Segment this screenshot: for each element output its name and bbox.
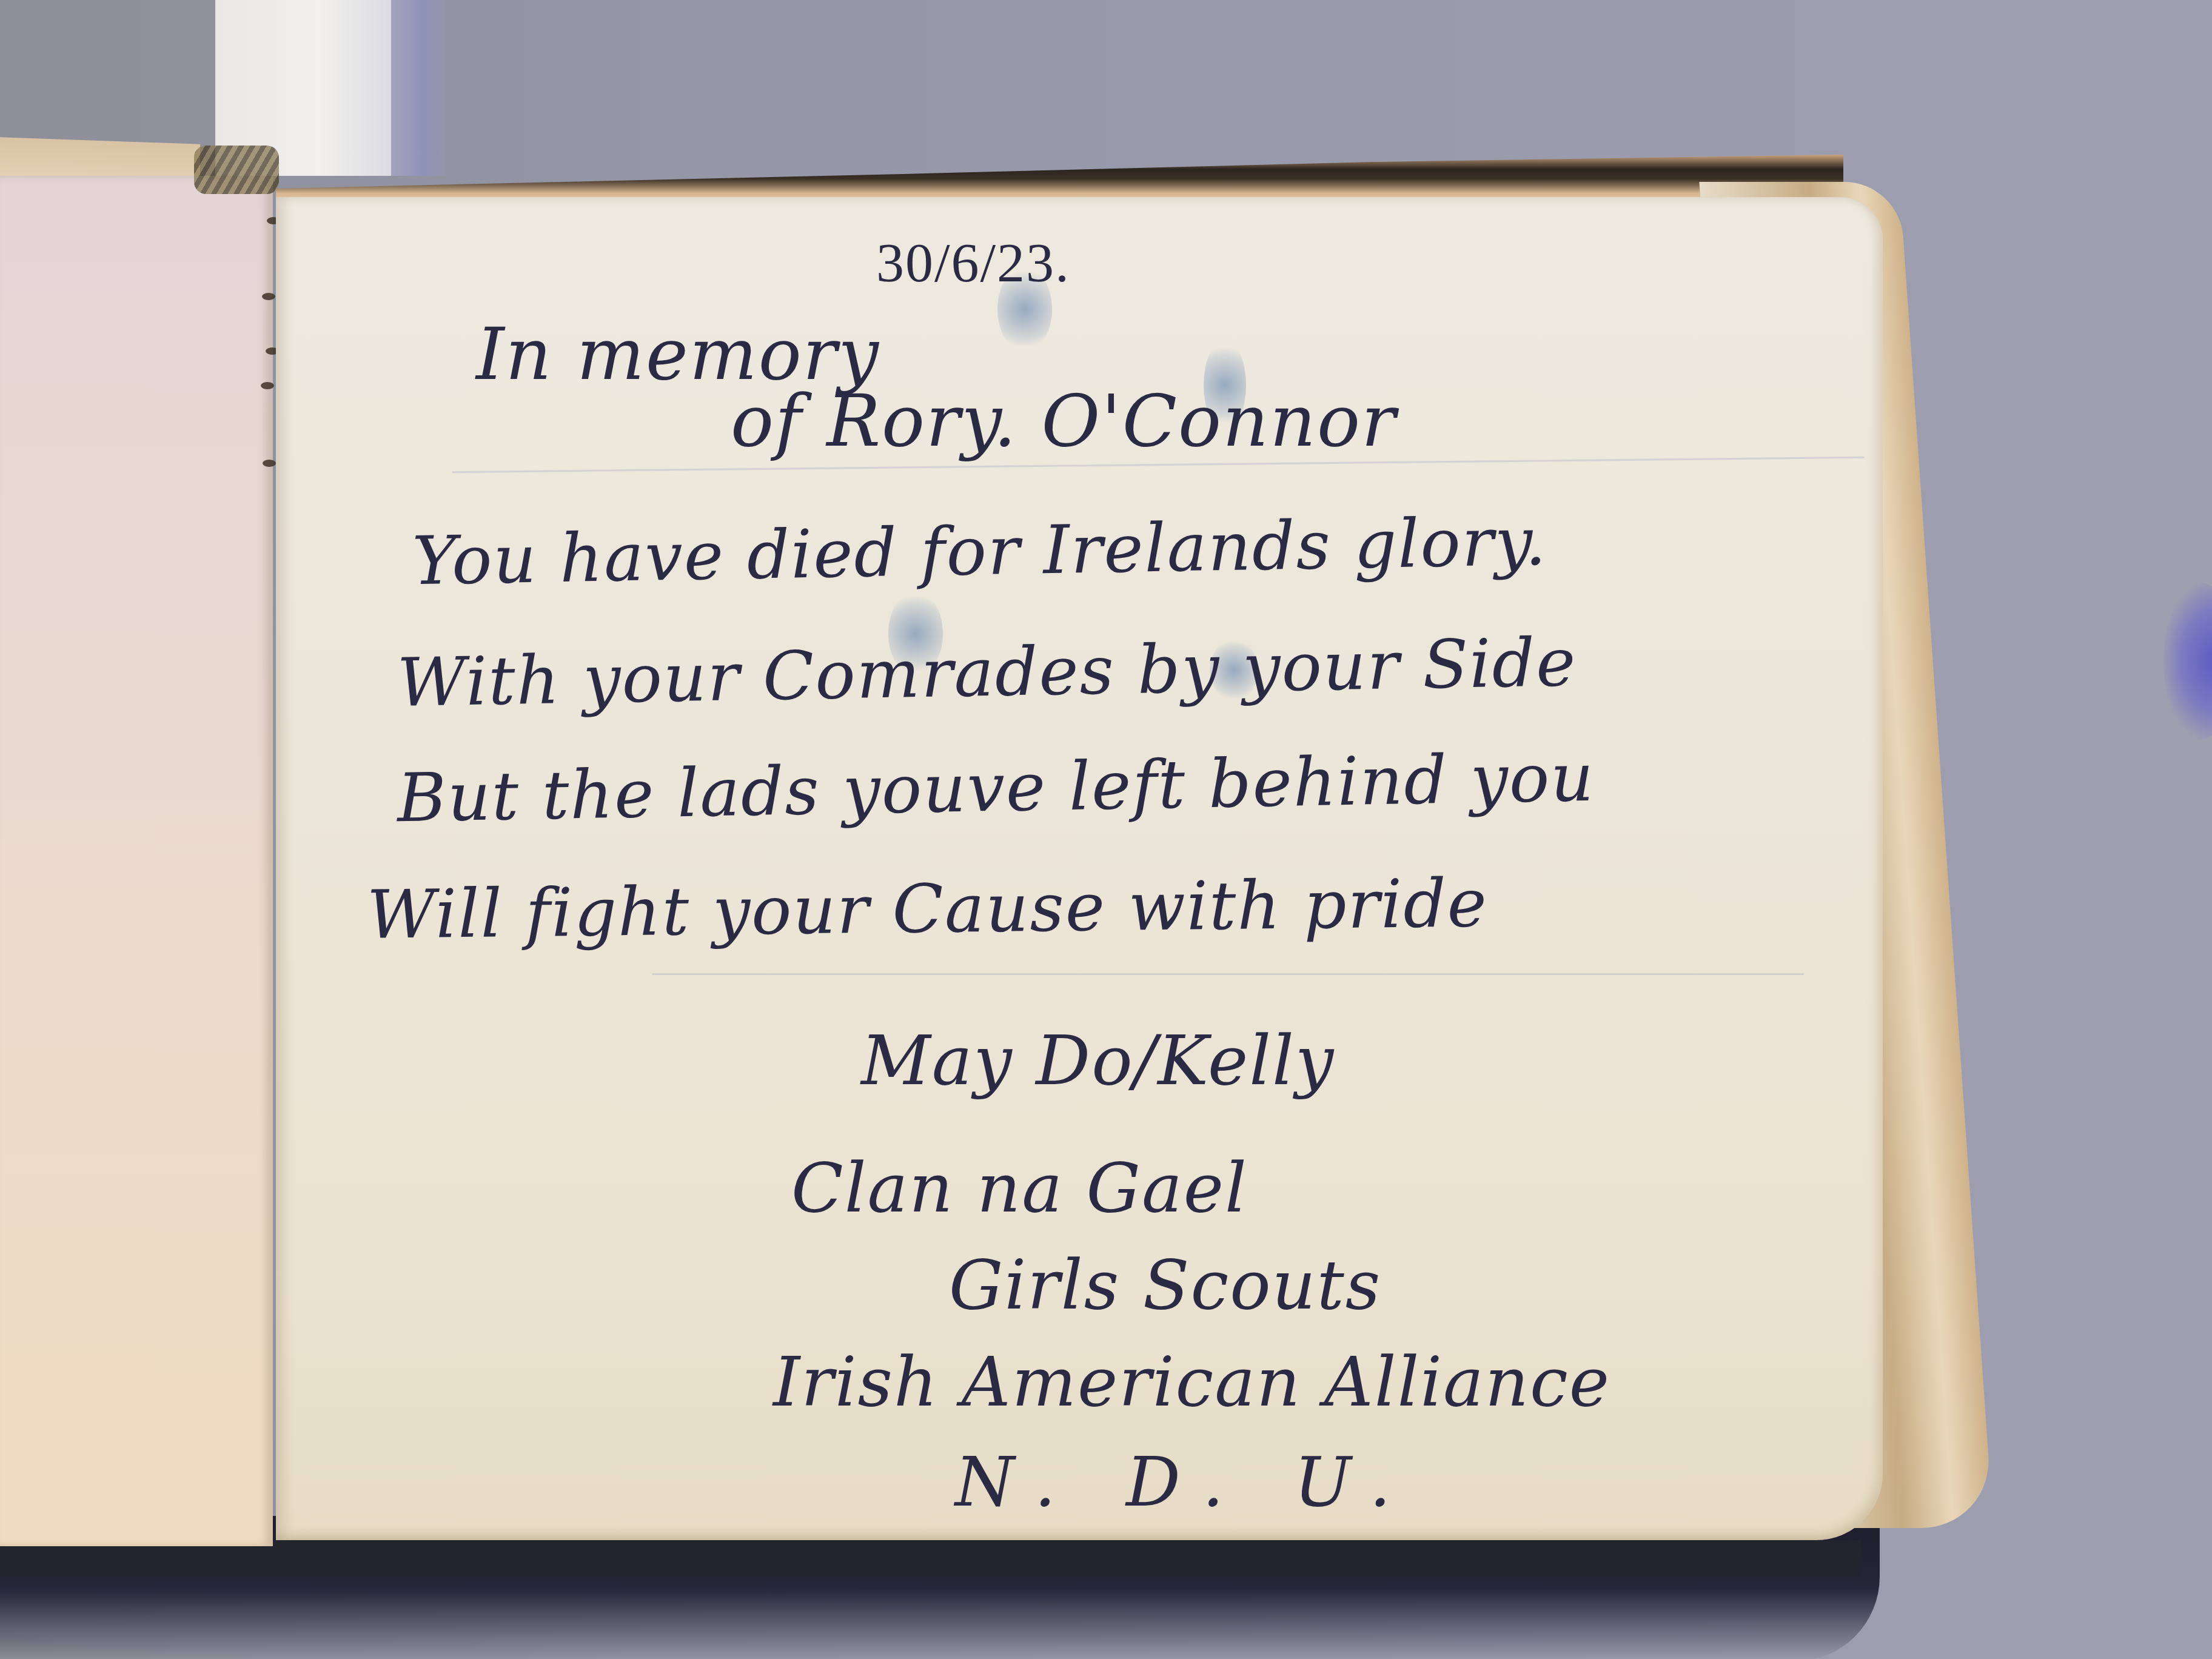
signature-initials: N. D. U. — [955, 1443, 1415, 1522]
left-page — [0, 176, 273, 1546]
page-block-top-edge — [276, 155, 1843, 203]
heading-line-2: of Rory. O'Connor — [731, 379, 1396, 463]
signature-group: Girls Scouts — [949, 1246, 1381, 1325]
book-cover-edge — [0, 1540, 1862, 1577]
background-blue-edge — [391, 0, 446, 176]
verse-line-4: Will fight your Cause with pride — [366, 864, 1488, 953]
verse-line-2: With your Comrades by your Side — [397, 623, 1577, 722]
background-light-glare — [2163, 582, 2212, 740]
verse-line-3: But the lads youve left behind you — [397, 739, 1595, 837]
ruled-line — [652, 973, 1804, 975]
entry-date: 30/6/23. — [876, 230, 1070, 295]
signature-name: May Do/Kelly — [861, 1022, 1335, 1101]
binding-stitch — [262, 293, 275, 300]
binding-stitch — [263, 460, 276, 467]
book-spine-binding — [194, 146, 279, 194]
signature-organization: Clan na Gael — [791, 1149, 1248, 1228]
binding-stitch — [261, 382, 274, 389]
signature-alliance: Irish American Alliance — [773, 1343, 1610, 1422]
verse-line-1: You have died for Irelands glory. — [412, 503, 1548, 600]
autograph-page: 30/6/23. In memory of Rory. O'Connor You… — [276, 197, 1883, 1540]
